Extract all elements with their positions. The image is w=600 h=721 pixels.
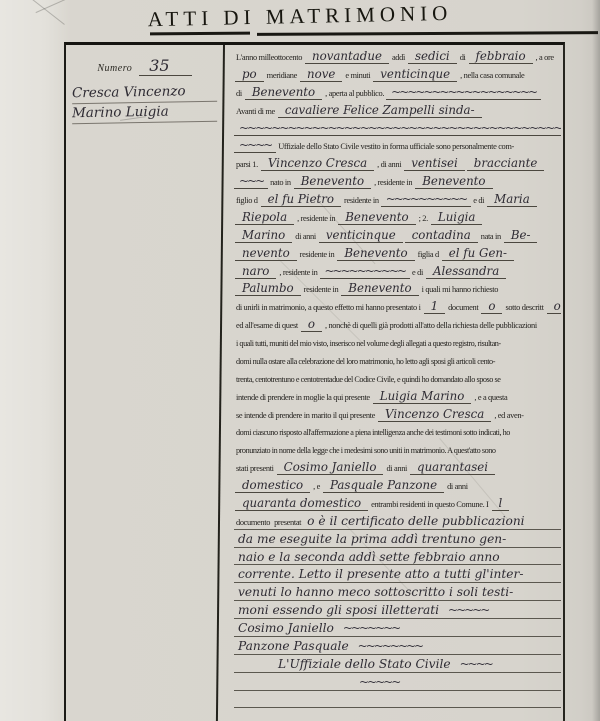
handwritten-entry: l [492,496,510,511]
printed-text: , aperta al pubblico. [325,89,384,98]
printed-text: domi nulla ostare alla celebrazione del … [236,357,495,366]
printed-text: , e [313,482,320,491]
act-line: neventoresidente inBeneventofiglia del f… [234,244,561,262]
handwritten-text: Cosimo Janiello [234,621,338,635]
printed-text: trenta, centotrentuno e centotrentadue d… [236,375,500,384]
act-line: i quali tutti, muniti del mio visto, ins… [234,333,561,351]
handwritten-flourish: ~~~~~~~~~~~~~~~~~~~~~~~~~~~~~~~~~~~~~~~~… [234,121,561,136]
handwritten-entry: po [235,67,264,82]
title-rule-left [150,32,250,36]
handwritten-entry: Benevento [341,281,418,296]
printed-text: di [236,89,242,98]
printed-text: L'anno milleottocento [236,53,302,62]
handwritten-entry: novantadue [305,49,389,64]
act-number-value: 35 [139,56,191,76]
printed-text: intende di prendere in moglie la qui pre… [236,393,370,402]
act-line: figlio del fu Pietroresidente in~~~~~~~~… [234,190,561,208]
handwritten-flourish: ~~~~~~~ [338,621,404,635]
act-line [234,708,561,721]
handwritten-entry: quaranta domestico [235,496,368,511]
handwritten-entry: 1 [424,299,446,314]
printed-text: parsi 1. [236,160,258,169]
handwritten-entry: nove [300,67,342,82]
handwritten-flourish: ~~~~~~~~ [353,639,427,653]
printed-text: , a ore [536,53,554,62]
handwritten-entry: Luigia Marino [373,389,472,404]
printed-text: ; 2. [419,214,428,223]
act-line: Marinodi anniventicinquecontadinanata in… [234,226,561,244]
printed-text: entrambi residenti in questo Comune. I [371,500,488,509]
printed-text: stati presenti [236,464,274,473]
printed-text: di anni [295,232,316,241]
handwritten-entry: Riepola [235,210,294,225]
act-lines: L'anno milleottocentonovantadueaddìsedic… [225,46,563,721]
act-line: Riepola, residente inBenevento; 2.Luigia [234,208,561,226]
act-line: pronunziato in nome della legge che i me… [234,440,561,458]
handwritten-entry: Palumbo [235,281,301,296]
act-line: di unirli in matrimonio, a questo effett… [234,297,561,315]
printed-text: nato in [270,178,291,187]
handwritten-flourish: ~~~ [234,174,268,189]
handwritten-text: venuti lo hanno meco sottoscritto i soli… [234,585,517,599]
handwritten-entry: sedici [408,49,457,64]
printed-text: documento [236,518,270,527]
handwritten-entry: Benevento [338,210,415,225]
act-line: venuti lo hanno meco sottoscritto i soli… [234,583,561,601]
act-line: intende di prendere in moglie la qui pre… [234,387,561,405]
act-line: ~~~~Uffiziale dello Stato Civile vestito… [234,136,561,154]
act-line: naio e la seconda addì sette febbraio an… [234,548,561,566]
handwritten-entry: Maria [487,192,537,207]
printed-text: di unirli in matrimonio, a questo effett… [236,303,421,312]
handwritten-text: da me eseguite la prima addì trentuno ge… [234,532,510,546]
handwritten-text: Panzone Pasquale [234,639,353,653]
handwritten-entry: Vincenzo Cresca [378,407,491,422]
handwritten-entry: venticinque [319,228,403,243]
document-page: ATTI DI MATRIMONIO Numero 35 Cresca Vinc… [0,0,600,721]
spouse-names: Cresca Vincenzo Marino Luigia [72,83,217,123]
act-line: naro, residente in~~~~~~~~~~e diAlessand… [234,262,561,280]
printed-text: , nella casa comunale [460,71,524,80]
printed-text: presentat [274,518,301,527]
printed-text: addì [392,53,405,62]
printed-text: , di anni [377,160,401,169]
act-line: se intende di prendere in marito il qui … [234,405,561,423]
act-line: da me eseguite la prima addì trentuno ge… [234,530,561,548]
act-form-box: Numero 35 Cresca Vincenzo Marino Luigia … [64,42,565,721]
numero-label: Numero [97,63,132,74]
handwritten-entry: Cosimo Janiello [277,460,384,475]
handwritten-entry: o [481,299,502,314]
handwritten-entry: Pasquale Panzone [323,478,444,493]
act-line: Avanti di mecavaliere Felice Zampelli si… [234,101,561,119]
handwritten-entry: Benevento [245,85,322,100]
printed-text: , residente in [374,178,412,187]
act-number-row: Numero 35 [66,56,223,76]
printed-text: Avanti di me [236,107,275,116]
printed-text: figlio d [236,196,258,205]
printed-text: pronunziato in nome della legge che i me… [236,446,496,455]
printed-text: residente in [304,285,339,294]
printed-text: di anni [447,482,468,491]
act-line: ~~~~~~~~~~~~~~~~~~~~~~~~~~~~~~~~~~~~~~~~… [234,119,561,137]
handwritten-text: naio e la seconda addì sette febbraio an… [234,550,504,564]
handwritten-entry: Benevento [415,174,492,189]
printed-text: Uffiziale dello Stato Civile vestito in … [278,142,514,151]
printed-text: sotto descritt [505,303,543,312]
handwritten-entry: contadina [405,228,478,243]
bride-name: Marino Luigia [72,102,217,125]
printed-text: nata in [481,232,501,241]
printed-text: , e a questa [474,393,507,402]
handwritten-text: o è il certificato delle pubblicazioni [303,514,528,528]
handwritten-text: L'Uffiziale dello Stato Civile [274,657,455,671]
printed-text: , nonchè di quelli già prodotti all'atto… [325,321,537,330]
act-line: ~~~~~ [234,673,561,691]
act-line: quaranta domesticoentrambi residenti in … [234,494,561,512]
printed-text: , ed aven- [494,411,523,420]
act-line: trenta, centotrentuno e centotrentadue d… [234,369,561,387]
handwritten-entry: Vincenzo Cresca [261,156,374,171]
handwritten-entry: el fu Pietro [261,192,341,207]
printed-text: di [460,53,466,62]
printed-text: e di [473,196,484,205]
act-line: documentopresentato è il certificato del… [234,512,561,530]
act-line: parsi 1.Vincenzo Cresca, di anniventisei… [234,154,561,172]
printed-text: e di [412,268,423,277]
act-line: ed all'esame di questo, nonchè di quelli… [234,315,561,333]
handwritten-entry: cavaliere Felice Zampelli sinda- [278,103,482,118]
act-line: domi nulla ostare alla celebrazione del … [234,351,561,369]
handwritten-entry: o [547,299,561,314]
handwritten-entry: venticinque [373,67,457,82]
handwritten-entry: nevento [235,246,297,261]
handwritten-entry: Be- [504,228,538,243]
handwritten-entry: ventisei [404,156,465,171]
page-title: ATTI DI MATRIMONIO [0,0,600,35]
handwritten-flourish: ~~~~~~~~~~~~~~~~~~ [386,85,541,100]
act-line [234,691,561,709]
handwritten-entry: domestico [235,478,310,493]
handwritten-text: moni essendo gli sposi illetterati [234,603,443,617]
printed-text: domi ciascuno risposto all'affermazione … [236,428,510,437]
act-line: moni essendo gli sposi illetterati~~~~~ [234,601,561,619]
handwritten-entry: bracciante [467,156,545,171]
act-line: domi ciascuno risposto all'affermazione … [234,422,561,440]
act-line: pomeridianenovee minutiventicinque, nell… [234,65,561,83]
handwritten-entry: el fu Gen- [442,246,514,261]
act-line: L'Uffiziale dello Stato Civile~~~~ [234,655,561,673]
handwritten-entry: naro [235,264,276,279]
printed-text: document [448,303,478,312]
printed-text: se intende di prendere in marito il qui … [236,411,375,420]
printed-text: ed all'esame di quest [236,321,298,330]
act-line: Panzone Pasquale~~~~~~~~ [234,637,561,655]
printed-text: i quali tutti, muniti del mio visto, ins… [236,339,501,348]
handwritten-flourish: ~~~~~~~~~~ [381,192,472,207]
handwritten-entry: Alessandra [426,264,506,279]
act-line: domestico, ePasquale Panzonedi anni [234,476,561,494]
handwritten-entry: quarantasei [410,460,495,475]
act-line: Palumboresidente inBeneventoi quali mi h… [234,279,561,297]
printed-text: , residente in [297,214,335,223]
act-line: stati presentiCosimo Janiellodi anniquar… [234,458,561,476]
act-line: ~~~nato inBenevento, residente inBeneven… [234,172,561,190]
handwritten-entry: o [301,317,322,332]
handwritten-flourish: ~~~~ [234,138,276,153]
handwritten-flourish: ~~~~~ [354,675,404,689]
printed-text: residente in [344,196,379,205]
handwritten-text: corrente. Letto il presente atto a tutti… [234,567,527,581]
handwritten-entry: Marino [235,228,292,243]
handwritten-entry: Benevento [337,246,414,261]
title-rule-right [257,31,598,36]
groom-name: Cresca Vincenzo [72,82,217,105]
printed-text: meridiane [267,71,297,80]
handwritten-entry: Benevento [294,174,371,189]
handwritten-flourish: ~~~~~ [443,603,493,617]
act-line: corrente. Letto il presente atto a tutti… [234,565,561,583]
handwritten-entry: febbraio [469,49,533,64]
act-line: Cosimo Janiello~~~~~~~ [234,619,561,637]
act-line: diBenevento, aperta al pubblico.~~~~~~~~… [234,83,561,101]
printed-text: e minuti [345,71,370,80]
margin-column: Numero 35 Cresca Vincenzo Marino Luigia [66,45,223,721]
handwritten-flourish: ~~~~ [455,657,497,671]
printed-text: di anni [386,464,407,473]
printed-text: i quali mi hanno richiesto [422,285,499,294]
handwritten-flourish: ~~~~~~~~~~ [320,264,411,279]
printed-text: figlia d [418,250,439,259]
act-line: L'anno milleottocentonovantadueaddìsedic… [234,47,561,65]
printed-text: residente in [300,250,335,259]
handwritten-entry: Luigia [431,210,483,225]
printed-text: , residente in [279,268,317,277]
